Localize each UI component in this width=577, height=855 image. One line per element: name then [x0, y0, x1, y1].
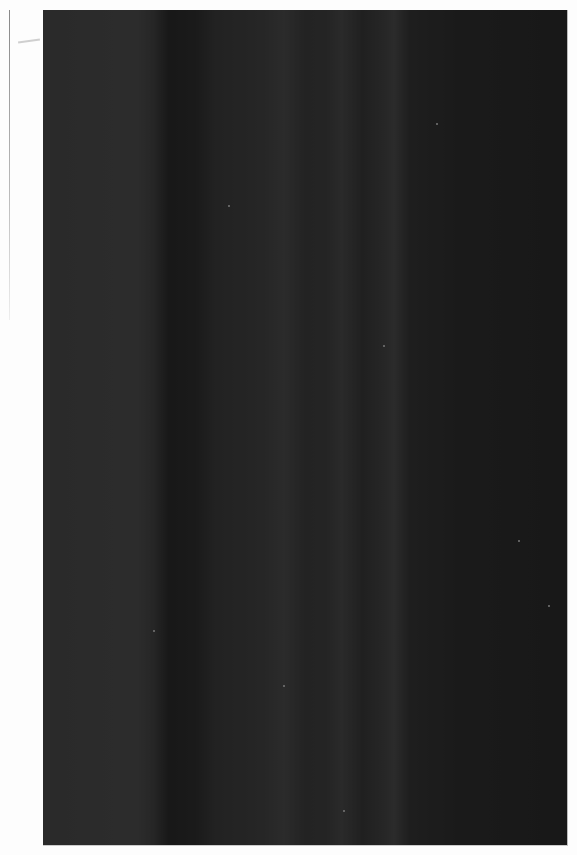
- dust-speck: [518, 540, 520, 542]
- dark-scanned-region: [43, 10, 568, 846]
- dust-speck: [548, 605, 550, 607]
- scan-artifact-mark: [18, 38, 40, 43]
- dust-speck: [436, 123, 438, 125]
- dust-speck: [153, 630, 155, 632]
- dust-speck: [228, 205, 230, 207]
- dust-speck: [283, 685, 285, 687]
- page-edge-line: [9, 10, 10, 320]
- dust-speck: [343, 810, 345, 812]
- dust-speck: [383, 345, 385, 347]
